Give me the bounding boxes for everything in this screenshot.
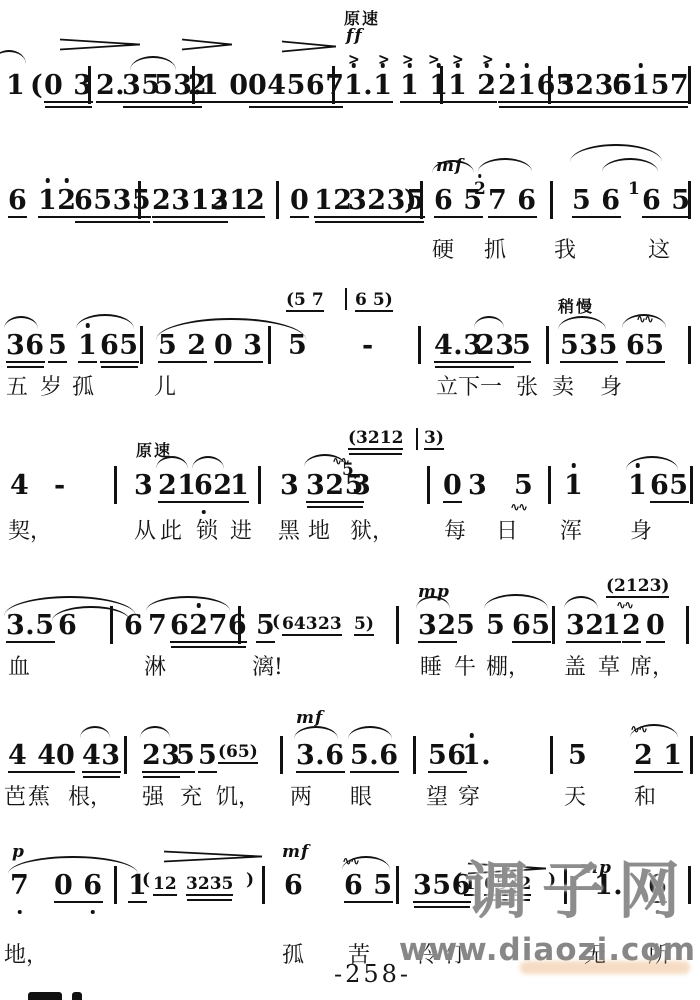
- accent-mark: >: [482, 51, 494, 69]
- note-digit: 6: [517, 185, 536, 216]
- note-group: 1: [6, 70, 25, 101]
- note-digit: 2: [152, 185, 171, 216]
- note-group: 0: [646, 610, 665, 643]
- dynamics-mark: mf: [436, 156, 463, 176]
- tempo-mark: 稍慢: [558, 294, 594, 317]
- barline: [396, 606, 399, 644]
- note-group: 6: [284, 870, 303, 901]
- note-digit: 3: [306, 614, 318, 634]
- note-digit: 0: [290, 185, 309, 216]
- note-group: 23: [476, 330, 515, 363]
- note-digit: 7: [488, 185, 507, 216]
- note-group: 23: [142, 740, 181, 773]
- note-digit: ): [436, 428, 444, 448]
- lyric-syllable: 狱，: [350, 514, 394, 545]
- note-digit: 6: [355, 290, 367, 310]
- note-group: 643: [282, 614, 318, 636]
- slur-tie: [0, 50, 26, 64]
- note-group: 65: [642, 185, 691, 218]
- note-digit: 2: [96, 70, 115, 101]
- note-digit: ): [661, 576, 669, 596]
- note-digit: 6: [284, 870, 303, 901]
- note-digit: 6: [612, 70, 631, 101]
- note-digit: 6: [100, 330, 119, 361]
- note-group: 0: [443, 470, 462, 503]
- note-digit: 4: [37, 740, 56, 771]
- lyric-syllable: 地，: [4, 938, 48, 969]
- note-digit: 0: [44, 70, 63, 101]
- slur-tie: [558, 316, 606, 330]
- note-digit: 5: [93, 185, 112, 216]
- note-digit: 2: [614, 576, 626, 596]
- note-group: 356: [413, 870, 471, 903]
- accent-mark: >: [402, 51, 414, 69]
- note-group: 1: [628, 179, 640, 199]
- slur-tie: [130, 56, 176, 70]
- slur-tie: [564, 596, 598, 609]
- note-digit: 5: [154, 70, 173, 101]
- note-group: 23: [318, 614, 342, 636]
- note-digit: 1: [314, 185, 333, 216]
- octave-dot-above: [639, 63, 644, 68]
- barline: [548, 66, 551, 104]
- note-digit: 7: [148, 610, 167, 641]
- note-digit: 3: [171, 185, 190, 216]
- barline: [688, 181, 691, 219]
- note-digit: 5: [198, 740, 217, 771]
- lyric-syllable: 抓: [484, 233, 506, 264]
- note-digit: 3: [296, 740, 315, 771]
- note-digit: 3: [122, 70, 141, 101]
- note-digit: ): [366, 614, 374, 634]
- barline: [546, 326, 549, 364]
- note-digit: 6: [379, 740, 398, 771]
- note-group: 5: [512, 330, 531, 363]
- note-group: 5: [176, 740, 195, 773]
- note-group: 6276: [170, 610, 247, 643]
- lyric-syllable: 身: [600, 370, 622, 401]
- note-digit: (: [348, 428, 356, 448]
- note-digit: 1: [400, 70, 419, 101]
- barline: [258, 466, 261, 504]
- note-digit: 1: [628, 179, 640, 199]
- note-group: 7: [10, 870, 29, 901]
- note-group: 535: [560, 330, 618, 363]
- lyric-syllable: 草: [598, 650, 620, 681]
- note-group: 21: [158, 470, 197, 503]
- note-group: 56: [572, 185, 621, 218]
- lyric-syllable: 五: [6, 370, 28, 401]
- small-barline: [345, 288, 347, 310]
- lyric-syllable: 仃: [444, 938, 466, 969]
- barline: [552, 606, 555, 644]
- lyric-syllable: 席，: [630, 650, 674, 681]
- note-group: 0: [56, 740, 75, 773]
- barline: [690, 466, 693, 504]
- note-digit: 4: [434, 330, 453, 361]
- dynamics-mark: mf: [282, 842, 309, 862]
- note-digit: 7: [325, 70, 344, 101]
- note-digit: 1: [380, 428, 392, 448]
- note-digit: 6: [25, 330, 44, 361]
- note-digit: 6: [282, 614, 294, 634]
- note-group: ): [548, 870, 556, 890]
- accent-mark: >: [428, 51, 440, 69]
- lyric-syllable: 孤: [72, 370, 94, 401]
- note-digit: (: [142, 870, 150, 890]
- slur-tie: [626, 456, 678, 470]
- note-group: (57: [286, 290, 324, 312]
- mordent-icon: ∿∿: [636, 312, 652, 326]
- mordent-icon: ∿∿: [630, 722, 646, 736]
- barline: [418, 326, 421, 364]
- note-group: 1.1: [344, 70, 393, 103]
- note-group: 7: [148, 610, 167, 641]
- barline: [420, 181, 423, 219]
- note-digit: 5: [294, 290, 306, 310]
- note-group: 0: [290, 185, 309, 218]
- note-digit: 3: [186, 874, 198, 894]
- note-digit: 2: [477, 70, 496, 101]
- note-digit: 6: [8, 185, 27, 216]
- lyric-syllable: 蕉: [28, 780, 50, 811]
- dynamics-mark: mf: [296, 708, 323, 728]
- note-digit: 2: [246, 185, 265, 216]
- note-digit: 6: [344, 870, 363, 901]
- octave-dot-above: [571, 463, 576, 468]
- note-digit: (: [218, 742, 226, 762]
- note-digit: (: [30, 70, 43, 101]
- note-group: (: [454, 870, 462, 890]
- note-group: -: [54, 470, 66, 501]
- note-digit: 1: [429, 70, 448, 101]
- note-digit: 2: [158, 470, 177, 501]
- octave-dot-above: [478, 174, 482, 178]
- note-group: 12: [38, 185, 77, 218]
- note-group: 3.6: [296, 740, 345, 773]
- lyric-syllable: 淋: [144, 650, 166, 681]
- note-digit: 2: [368, 428, 380, 448]
- note-group: 65: [650, 470, 689, 503]
- note-group: (65): [218, 742, 258, 764]
- lyric-syllable: 根，: [68, 780, 112, 811]
- note-digit: 3: [352, 470, 371, 501]
- note-group: 5): [354, 614, 374, 636]
- note-digit: 2: [474, 179, 486, 199]
- note-group: 56: [428, 740, 467, 773]
- note-digit: 2: [476, 330, 495, 361]
- barline: [564, 866, 567, 904]
- lyric-syllable: 浑: [560, 514, 582, 545]
- note-digit: ): [385, 290, 393, 310]
- octave-dot-below: [17, 910, 22, 915]
- lyric-syllable: 进: [230, 514, 252, 545]
- note-digit: 5: [645, 330, 664, 361]
- lyric-syllable: 天: [564, 780, 586, 811]
- note-group: 32: [418, 610, 457, 643]
- barline: [192, 66, 195, 104]
- note-group: 5: [486, 610, 505, 641]
- barline: [332, 66, 335, 104]
- slur-tie: [4, 316, 38, 329]
- barline: [140, 326, 143, 364]
- note-digit: 6: [306, 70, 325, 101]
- barline: [690, 736, 693, 774]
- lyric-syllable: 饥，: [216, 780, 260, 811]
- note-digit: .: [481, 740, 491, 771]
- note-group: 6: [648, 870, 667, 903]
- lyric-syllable: 这: [648, 233, 670, 264]
- note-group: 10: [200, 70, 249, 103]
- slur-tie: [474, 316, 504, 328]
- note-group: -: [362, 330, 374, 361]
- barline: [262, 866, 265, 904]
- note-group: 12: [314, 185, 353, 218]
- note-digit: 1: [78, 330, 97, 361]
- note-group: 5: [48, 330, 67, 363]
- note-group: 65: [626, 330, 665, 363]
- note-digit: 1: [631, 70, 650, 101]
- note-digit: 7: [10, 870, 29, 901]
- slur-tie: [478, 158, 532, 172]
- lyric-syllable: 牛: [454, 650, 476, 681]
- lyric-syllable: 充: [180, 780, 202, 811]
- note-digit: -: [362, 330, 374, 361]
- note-digit: 4: [82, 740, 101, 771]
- note-digit: 2: [189, 610, 208, 641]
- barline: [138, 181, 141, 219]
- note-digit: 5: [531, 610, 550, 641]
- note-group: 2: [622, 610, 641, 643]
- note-digit: 6: [170, 610, 189, 641]
- note-digit: 6: [226, 742, 238, 762]
- barline: [688, 66, 691, 104]
- note-digit: 5: [350, 740, 369, 771]
- note-digit: 5: [512, 330, 531, 361]
- lyric-syllable: 睡: [420, 650, 442, 681]
- note-group: 65: [100, 330, 139, 363]
- lyric-syllable: 眼: [350, 780, 372, 811]
- note-digit: 2: [367, 185, 386, 216]
- note-digit: 3: [387, 185, 406, 216]
- note-digit: ): [404, 185, 417, 216]
- note-digit: 2: [575, 70, 594, 101]
- lyric-syllable: 苦: [348, 938, 370, 969]
- note-digit: 3: [113, 185, 132, 216]
- note-group: 1: [628, 470, 647, 501]
- note-group: 21: [634, 740, 683, 773]
- lyric-syllable: 黑: [278, 514, 300, 545]
- note-digit: 1: [517, 70, 536, 101]
- note-group: 1: [602, 610, 621, 643]
- note-digit: 2: [198, 874, 210, 894]
- note-group: 04567: [248, 70, 344, 103]
- note-group: 3: [280, 470, 299, 501]
- slur-tie: [140, 726, 170, 738]
- barline: [280, 736, 283, 774]
- note-group: 65: [512, 610, 551, 643]
- note-digit: 3: [101, 740, 120, 771]
- note-group: (: [30, 70, 43, 101]
- slur-tie: [192, 456, 224, 469]
- note-group: 5: [514, 470, 533, 501]
- note-digit: 5: [669, 470, 688, 501]
- note-digit: 1: [602, 610, 621, 641]
- note-digit: 5: [119, 330, 138, 361]
- note-digit: 2: [318, 614, 330, 634]
- barline: [688, 326, 691, 364]
- barline: [686, 606, 689, 644]
- note-digit: .: [369, 740, 379, 771]
- note-digit: 5: [514, 470, 533, 501]
- lyric-syllable: 日: [496, 514, 518, 545]
- note-digit: 3: [210, 874, 222, 894]
- note-digit: .: [453, 330, 463, 361]
- barline: [440, 66, 443, 104]
- note-digit: 3: [348, 185, 367, 216]
- note-digit: 0: [646, 610, 665, 641]
- note-digit: 3: [356, 428, 368, 448]
- cut-off-fragment: [28, 992, 62, 1000]
- note-digit: .: [315, 740, 325, 771]
- hairpin-decrescendo-icon: [182, 36, 232, 55]
- note-digit: 3: [330, 614, 342, 634]
- note-digit: 4: [267, 70, 286, 101]
- note-digit: 3: [595, 70, 614, 101]
- barline: [396, 866, 399, 904]
- lyric-syllable: 所: [648, 938, 670, 969]
- note-digit: 5: [222, 874, 234, 894]
- note-digit: 1: [153, 874, 165, 894]
- note-digit: 0: [56, 740, 75, 771]
- note-group: 5.6: [350, 740, 399, 773]
- slur-tie: [348, 726, 392, 739]
- barline: [88, 66, 91, 104]
- octave-dot-above: [469, 733, 474, 738]
- lyric-syllable: 下: [458, 370, 480, 401]
- dynamics-mark: mp: [580, 858, 612, 878]
- page-number: -258-: [334, 960, 411, 988]
- lyric-syllable: 锁: [196, 514, 218, 545]
- note-group: 5: [456, 610, 475, 641]
- slur-tie: [146, 596, 230, 611]
- lyric-syllable: 棚，: [486, 650, 530, 681]
- lyric-syllable: 孤: [282, 938, 304, 969]
- note-digit: 2: [392, 428, 404, 448]
- mordent-icon: ∿∿: [616, 598, 632, 612]
- octave-dot-above: [65, 178, 70, 183]
- note-digit: 5: [651, 70, 670, 101]
- note-group: 21: [210, 185, 249, 218]
- note-digit: 2: [634, 740, 653, 771]
- note-digit: ): [250, 742, 258, 762]
- lyric-syllable: 身: [630, 514, 652, 545]
- barline: [550, 736, 553, 774]
- note-group: 62: [194, 470, 233, 503]
- note-group: 36: [6, 330, 45, 363]
- note-digit: 7: [312, 290, 324, 310]
- note-group: ): [404, 185, 417, 216]
- note-digit: 6: [642, 185, 661, 216]
- barline: [114, 466, 117, 504]
- barline: [124, 736, 127, 774]
- note-group: 32: [566, 610, 605, 643]
- octave-dot-above: [505, 63, 510, 68]
- note-group: 4: [10, 470, 29, 501]
- note-digit: 3: [424, 428, 436, 448]
- small-barline: [416, 428, 418, 450]
- note-digit: ): [548, 870, 556, 890]
- octave-dot-above: [45, 178, 50, 183]
- lyric-syllable: 血: [8, 650, 30, 681]
- dynamics-mark: mp: [418, 582, 450, 602]
- note-group: 65: [344, 870, 393, 903]
- note-group: 06: [54, 870, 103, 903]
- note-digit: 2: [638, 576, 650, 596]
- note-digit: 3: [6, 330, 25, 361]
- note-digit: 0: [229, 70, 248, 101]
- barline: [427, 466, 430, 504]
- slur-tie: [76, 314, 134, 329]
- note-digit: 1: [38, 185, 57, 216]
- lyric-syllable: 地: [308, 514, 330, 545]
- lyric-syllable: 望: [426, 780, 448, 811]
- note-digit: 4: [294, 614, 306, 634]
- note-digit: 7: [670, 70, 689, 101]
- note-group: 03: [44, 70, 93, 103]
- note-digit: 5: [132, 185, 151, 216]
- note-digit: 5: [456, 610, 475, 641]
- note-digit: (: [606, 576, 614, 596]
- note-digit: 4: [10, 470, 29, 501]
- note-digit: 5: [432, 870, 451, 901]
- lyric-syllable: 卖: [552, 370, 574, 401]
- lyric-syllable: 一: [480, 370, 502, 401]
- lyric-syllable: 芭: [4, 780, 26, 811]
- lyric-syllable: 无: [584, 938, 606, 969]
- note-group: 3: [352, 470, 371, 501]
- note-digit: 1: [626, 576, 638, 596]
- lyric-syllable: 盖: [564, 650, 586, 681]
- note-digit: 1: [6, 70, 25, 101]
- note-group: (: [142, 870, 150, 890]
- note-digit: (: [454, 870, 462, 890]
- note-digit: 1: [344, 70, 363, 101]
- note-digit: 3: [413, 870, 432, 901]
- lyric-syllable: 硬: [432, 233, 454, 264]
- note-digit: (: [286, 290, 294, 310]
- lyric-syllable: 我: [554, 233, 576, 264]
- note-group: 3: [134, 470, 153, 501]
- accent-mark: >: [452, 51, 464, 69]
- note-digit: 4: [8, 740, 27, 771]
- note-digit: 1: [663, 740, 682, 771]
- note-group: 3: [468, 470, 487, 501]
- octave-dot-above: [525, 63, 530, 68]
- note-group: 6: [8, 185, 27, 218]
- lyric-syllable: 伶: [416, 938, 438, 969]
- note-digit: 1: [191, 185, 210, 216]
- note-group: 12: [448, 70, 497, 103]
- note-digit: 1: [462, 740, 481, 771]
- note-digit: 5: [354, 614, 366, 634]
- note-digit: 5: [238, 742, 250, 762]
- note-group: 3): [424, 428, 444, 450]
- lyric-syllable: 漓!: [252, 650, 283, 681]
- note-digit: -: [54, 470, 66, 501]
- note-digit: 3: [556, 70, 575, 101]
- note-group: 2: [474, 179, 486, 199]
